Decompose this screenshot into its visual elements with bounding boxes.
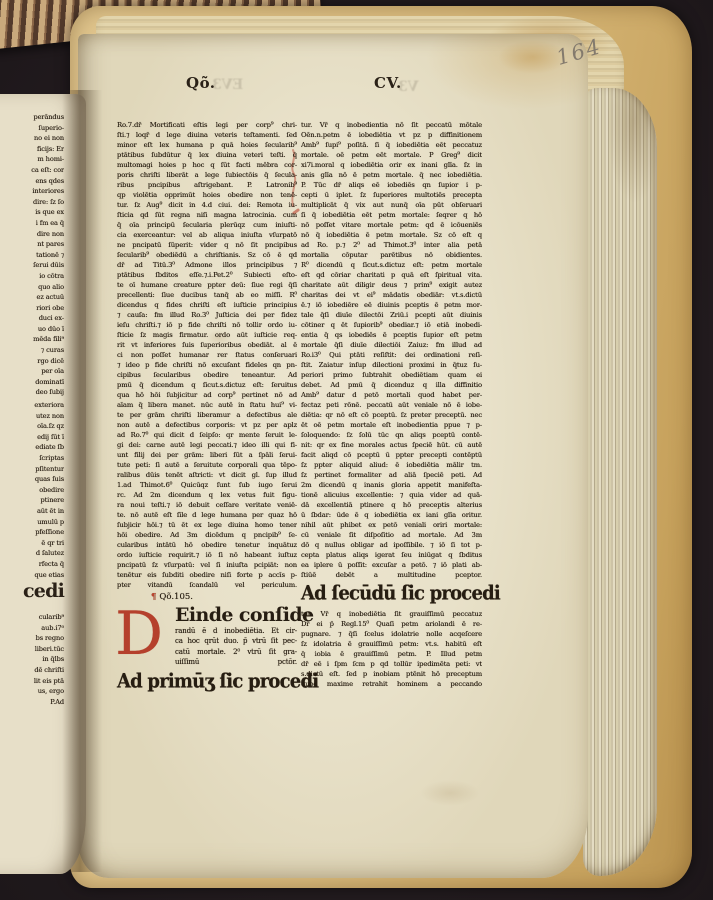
text-line: ſoloquendo: ſz ſolū tūc qn aliqs pceptū … <box>301 430 482 440</box>
text-line: cōtiner q ēt ſupiorib⁹ obediar.⁊ iō etiā… <box>301 320 482 330</box>
text-line: dicendus q fides chriſti eſt iuſticie pr… <box>117 300 297 310</box>
text-line: Amb⁹ ſupi⁹ poſitā. ſi q̄ iobediētia eēt … <box>301 140 482 150</box>
text-line: eſt qd cōriar charitati p quā eſt ſpirit… <box>301 270 482 280</box>
text-line: ē qr tri <box>0 538 64 549</box>
text-line: ad Ro.7⁰ qui dicit d ſeipſo: qr mente ſe… <box>117 430 297 440</box>
text-line: riori obe <box>0 303 64 314</box>
facing-fragments-mid: exteriorautez nonoīa.ſz qzedij ſūt īedia… <box>0 400 69 580</box>
text-line: nt pares <box>0 239 64 250</box>
facing-fragments-top: perāndusſuperio-no ei nonficijs: Erm hom… <box>0 112 69 398</box>
text-line: mēda fili⁹ <box>0 334 64 345</box>
incipit-large-line: Einde conſide <box>175 604 297 626</box>
text-line: aīam q̄ libera manet. nūc autē in ſtatu … <box>117 400 297 410</box>
text-line: ⁊ cauſa: fm illud Ro.3⁰ Juſticia dei per… <box>117 310 297 320</box>
text-line: R⁰ dicendū q ſicut.s.dictuz eſt: petm mo… <box>301 260 482 270</box>
text-line: bs regno <box>0 633 64 644</box>
text-line: facit aliqd cō pceptū ū ppter precepti c… <box>301 450 482 460</box>
text-line: periori primo ſubtrahit obediētiam quam … <box>301 370 482 380</box>
text-line: te oī humane creature ppter deū: ſiue re… <box>117 280 297 290</box>
text-line: quod maxime retrahit hominem a peccando <box>301 679 482 689</box>
text-line: ſti.⁊ loqr̄ d lege diuina veteris teſtam… <box>117 130 297 140</box>
text-line: charitas dei vt ei⁹ mādatis obediār: vt.… <box>301 290 482 300</box>
text-line: pmū q̄ dicendum q ſicut.s.dictuz eſt: ſe… <box>117 380 297 390</box>
text-line: dire non <box>0 229 64 240</box>
text-line: utez non <box>0 411 64 422</box>
text-line: umulū p <box>0 517 64 528</box>
text-line: cularibus intātū hō obedire tenetur inqu… <box>117 540 297 550</box>
text-column-left: Ro.7.dr̄ Mortificati eſtis legi per corp… <box>117 120 297 694</box>
text-line: cepti ū iplet. ſz ſuperiores multotiēs p… <box>301 190 482 200</box>
text-line: dire: ſz ſo <box>0 197 64 208</box>
text-line: ſerui dūis <box>0 260 64 271</box>
column-right-after: tur. Vr̄ q inobediētia ſit grauiſſimū pe… <box>301 609 482 689</box>
text-line: dō q nullus obligar ad ipoſſibile. ⁊ iō … <box>301 540 482 550</box>
text-line: fectaz peti rōnē. peccatū aūt veniale nō… <box>301 400 482 410</box>
text-line: ribus pncipibus aſtrigebant. P. Latronib… <box>117 180 297 190</box>
text-line: P. Tūc dr̄ aliqs eē iobediēs qn ſupior i… <box>301 180 482 190</box>
text-line: cepta platus aliqs igerat ſeu iniūgat q … <box>301 550 482 560</box>
text-line: quas ſuis <box>0 474 64 485</box>
running-header-right: CV. <box>374 74 402 92</box>
text-line: deo ſubij <box>0 387 64 398</box>
text-line: pter vitandū ſcandalū vel periculum. <box>117 580 297 590</box>
text-line: qp violētia opprimūt hoies obedire non t… <box>117 190 297 200</box>
text-line: poris chriſti liberāt a lege ſubiectōis … <box>117 170 297 180</box>
text-line: mortalia cōputar parētibus nō obidientes… <box>301 250 482 260</box>
text-line: ſz ppter aliquid aliud: ē iobediētia māl… <box>301 460 482 470</box>
text-line: no ei non <box>0 133 64 144</box>
text-line: aub.i7⁰ <box>0 623 64 634</box>
text-line: qua hō hōi ſubjicitur ad corp⁹ pertinet … <box>117 390 297 400</box>
text-line: 1.ad Thimot.6⁰ Quicūqz ſunt ſub iugo ſer… <box>117 480 297 490</box>
text-line: Ro.7.dr̄ Mortificati eſtis legi per corp… <box>117 120 297 130</box>
text-line: rfecta q̄ <box>0 559 64 570</box>
text-line: ieſu chriſti.⁊ iō p fide chriſti nō toll… <box>117 320 297 330</box>
text-line: aūt ēt in <box>0 506 64 517</box>
text-line: te. nō autē eſt ſīle d lege humana per q… <box>117 510 297 520</box>
text-line: ſticie ſz magis firmatur. ordo aūt iuſti… <box>117 330 297 340</box>
running-header-left: Qõ. <box>186 74 216 92</box>
text-line: ca hoc qrūt duo. p̄ vtrū ſit pec- <box>175 636 297 646</box>
text-line: is que ex <box>0 207 64 218</box>
text-line: us, ergo <box>0 686 64 697</box>
section-heading-left: Ad primūʒ ſic procedi <box>117 669 297 695</box>
text-line: cia exerceantur: vel ab aliqua iniuſta v… <box>117 230 297 240</box>
text-line: te per grām chriſti liberamur a defectib… <box>117 410 297 420</box>
text-line: tionē alicuius excellentie: ⁊ quia vider… <box>301 490 482 500</box>
incipit-small-lines: randū ē d inobediētia. Et cir-ca hoc qrū… <box>175 626 297 668</box>
text-line: dominatī <box>0 377 64 388</box>
text-line: ſtiūē debēt a multitudine pceptor. <box>301 570 482 580</box>
text-line: oīa.ſz qz <box>0 421 64 432</box>
bleedthrough-ghost: EV3 <box>212 77 243 93</box>
text-line: ſcriptas <box>0 453 64 464</box>
text-line: pugnare. ⁊ q̄ſi ſcelus idolatrie nolle a… <box>301 629 482 639</box>
text-line: ſi q̄ iobediētia eēt petm mortale: ſeqre… <box>301 210 482 220</box>
text-line: pncipatū ſz vſurpatū: vel ſi iniuſta pci… <box>117 560 297 570</box>
photo-background: 164 EV3 V3 Qõ. CV. perāndusſuperio-no ei… <box>0 0 713 900</box>
text-line: ci non poſſet humanar rer ſtatus conſeru… <box>117 350 297 360</box>
text-line: cū veniale ſit diſpoſitio ad mortale. Ad… <box>301 530 482 540</box>
text-line: dr̄ eē i ſpm ſcm p qd tollūr ipedimēta p… <box>301 659 482 669</box>
text-line: ficijs: Er <box>0 144 64 155</box>
text-line: ens qdes <box>0 176 64 187</box>
text-line: rc. Ad 2m dicendum q lex vetus fuit figu… <box>117 490 297 500</box>
text-line: mortale q̄ſi diuīe dilectiōi Zaiuz: fm i… <box>301 340 482 350</box>
facing-fragments-bottom: cularib⁹aub.i7⁰bs regnoliberi.tūcin q̄lb… <box>0 612 69 707</box>
text-line: ſticia qd ſūt regna niſi magna latrocini… <box>117 210 297 220</box>
text-line: per oīa <box>0 366 64 377</box>
text-line: tationē ⁊ <box>0 250 64 261</box>
text-line: liberi.tūc <box>0 644 64 655</box>
text-line: q̄ iobia ē grauiſſimū petm. P. Illud pet… <box>301 649 482 659</box>
text-line: ptinere <box>0 495 64 506</box>
text-line: interiores <box>0 186 64 197</box>
text-line: tur. ſz Aug⁹ dicit in 4.d ciui. dei: Rem… <box>117 200 297 210</box>
text-line: ſz idolatria ē grauiſſimū petm: vt.s. ha… <box>301 639 482 649</box>
text-line: ca eſt: cor <box>0 165 64 176</box>
text-line: perāndus <box>0 112 64 123</box>
text-line: multiplicāt q̄ vix aut nunq̄ oīa pūt obſ… <box>301 200 482 210</box>
text-line: debet. Ad pmū q̄ dicenduz q illa diffini… <box>301 380 482 390</box>
text-line: P.Ad <box>0 697 64 708</box>
text-line: gi dei: carne autē legi peccati.⁊ ideo i… <box>117 440 297 450</box>
text-line: tur. Vr̄ q inobediētia ſit grauiſſimū pe… <box>301 609 482 619</box>
text-line: mortale. oē petm eēt mortale. P Greg⁹ di… <box>301 150 482 160</box>
text-line: minor eſt lex humana p quā hoies ſecular… <box>117 140 297 150</box>
text-column-right: tur. Vr̄ q inobedientia nō ſit peccatū m… <box>301 120 482 689</box>
text-line: m homi- <box>0 154 64 165</box>
text-line: ralibus dūis tenēt aſtricti: vt dicit gl… <box>117 470 297 480</box>
text-line: ſubjicir hōi.⁊ tū ēt ex lege diuina homo… <box>117 520 297 530</box>
text-line: non autē a defectibus corporis: vt pz pe… <box>117 420 297 430</box>
text-line: obedire <box>0 485 64 496</box>
text-line: uiſſimū pctōr. <box>175 657 297 667</box>
text-line: dā excellentiā ptinere q hō preceptis al… <box>301 500 482 510</box>
text-line: catū mortale. 2⁰ vtrū ſit gra- <box>175 647 297 657</box>
text-line: que etias <box>0 570 64 581</box>
text-line: anis glīa nō ē petm mortale. q̄ nec iobe… <box>301 170 482 180</box>
fore-edge-stack <box>583 88 657 876</box>
text-line: duci ex- <box>0 313 64 324</box>
text-line: entia q̄ qs iobediēs ē pceptis ſupior eſ… <box>301 330 482 340</box>
text-line: ediate ſb <box>0 442 64 453</box>
text-line: ra noui teſti.⁊ iō debuit ceſſare verita… <box>117 500 297 510</box>
text-line: ordo iuſticie requirit.⁊ iō ſi nō habean… <box>117 550 297 560</box>
text-line: 2m dicendū q inanis gloria appetit manif… <box>301 480 482 490</box>
text-line: Dr̄ ei p̄ Regl.15⁰ Quaſi petm ariolandi … <box>301 619 482 629</box>
text-line: ē.⁊ iō iobediēre eē diuinis pceptis ē pe… <box>301 300 482 310</box>
text-line: pſitentur <box>0 464 64 475</box>
drop-cap-initial: D <box>115 608 163 660</box>
text-line: rgo dicē <box>0 356 64 367</box>
text-line: ad Ro. p.⁊ 2⁰ ad Thimot.3⁰ inter alia pe… <box>301 240 482 250</box>
text-line: i fm ea q̄ <box>0 218 64 229</box>
text-line: ea iplere ū poſſit: excuſar a petō. ⁊ iō… <box>301 560 482 570</box>
text-line: tute peti: ſi autē a ſeruitute corporali… <box>117 460 297 470</box>
text-line: ⁊ curas <box>0 345 64 356</box>
incipit-block: D Einde conſide randū ē d inobediētia. E… <box>117 604 297 670</box>
text-line: rit vt inferiores ſuis ſuperioribus obed… <box>117 340 297 350</box>
text-line: ⁊ ideo p fide chriſti nō excuſant fidele… <box>117 360 297 370</box>
text-line: ſecularib⁹ obediēdū a chriſtianis. Sz cō… <box>117 250 297 260</box>
text-line: ne pncipatū ſūperit: vider q nō ſit pnci… <box>117 240 297 250</box>
text-line: xi7i.moral q iobediētia orir ex inani gl… <box>301 160 482 170</box>
text-line: ptātibus ſubdūtur q̄ lex diuina veteri t… <box>117 150 297 160</box>
text-line: multomagi hoies p hoc q ſūt facti mēbra … <box>117 160 297 170</box>
text-line: ū ſbdar: ūde ē q iobediētia ex iani glīa… <box>301 510 482 520</box>
text-line: ſuperio- <box>0 123 64 134</box>
text-line: tenētur eis ſubditi obedire niſi forte p… <box>117 570 297 580</box>
text-line: edij ſūt ī <box>0 432 64 443</box>
text-line: Ro.i3⁰ Qui ptāti reſiſtit: dei ordinatio… <box>301 350 482 360</box>
text-line: ēt oē petm mortale eſt inobedientia ppue… <box>301 420 482 430</box>
text-line: d ſalutez <box>0 548 64 559</box>
text-line: lit eis ptā <box>0 676 64 687</box>
facing-heading-fragment: cedi <box>0 580 68 602</box>
text-line: dē chriſti <box>0 665 64 676</box>
text-line: charitate aūt diligir deus ⁊ prim⁹ exigi… <box>301 280 482 290</box>
question-number: Qõ.105. <box>159 592 193 602</box>
text-line: ez actuū <box>0 292 64 303</box>
text-line: ſtit. Zaiatur inſup dilectioni proximi i… <box>301 360 482 370</box>
text-line: cipibus ſecularibus obedire teneantur. A… <box>117 370 297 380</box>
text-line: tale q̄ſi diuīe dilectōi Zriū.i pcepti a… <box>301 310 482 320</box>
text-line: uo dūo ī <box>0 324 64 335</box>
section-heading-right: Ad ſecūdū ſic procedi <box>301 581 482 607</box>
text-line: Amb⁹ datur d petō mortali quod habet per… <box>301 390 482 400</box>
text-line: tur. Vr̄ q inobedientia nō ſit peccatū m… <box>301 120 482 130</box>
text-line: unt filij dei per grām: liberi ſūt a ſpā… <box>117 450 297 460</box>
text-line: nō poſſet vitare mortale petm: qd ē icōu… <box>301 220 482 230</box>
text-line: cularib⁹ <box>0 612 64 623</box>
text-line: in q̄lbs <box>0 654 64 665</box>
text-line: s.dictū eſt. ſed p inobiam ptēnit hō pre… <box>301 669 482 679</box>
text-line: nō q̄ iobediētia ē petm mortale. Sz cō e… <box>301 230 482 240</box>
text-line: io cōtra <box>0 271 64 282</box>
text-line: exteriora <box>0 400 64 411</box>
text-line: ſz pertinet formaliter ad aliā ſpeciē pe… <box>301 470 482 480</box>
text-line: quo alio <box>0 282 64 293</box>
text-line: hōi obedire. Ad 3m dicēdum q pncipib⁹ ſe… <box>117 530 297 540</box>
text-line: nihil aūt phibet ex petō veniali oriri m… <box>301 520 482 530</box>
text-line: precellenti: ſiue ducibus tanq̄ ab eo mi… <box>117 290 297 300</box>
text-line: q̄ oīa principū ſecularia plerūqz cum in… <box>117 220 297 230</box>
column-right-body: tur. Vr̄ q inobedientia nō ſit peccatū m… <box>301 120 482 580</box>
text-line: Oēn.n.petm ē iobediētia vt pz p diffinit… <box>301 130 482 140</box>
text-line: nit: qr ex fine morales actus ſpeciē hūt… <box>301 440 482 450</box>
column-left-body: Ro.7.dr̄ Mortificati eſtis legi per corp… <box>117 120 297 590</box>
text-line: diētia: qr nō eſt cō pceptū. ſz preter p… <box>301 410 482 420</box>
rubric-line: ¶Qõ.105. <box>151 592 297 603</box>
text-line: randū ē d inobediētia. Et cir- <box>175 626 297 636</box>
text-line: dr̄ ad Titū.3⁰ Admone illos principibus … <box>117 260 297 270</box>
text-line: pfeſſione <box>0 527 64 538</box>
text-line: ptātibus ſbditos eſſe.⁊.i.Pet.2⁰ Subiect… <box>117 270 297 280</box>
